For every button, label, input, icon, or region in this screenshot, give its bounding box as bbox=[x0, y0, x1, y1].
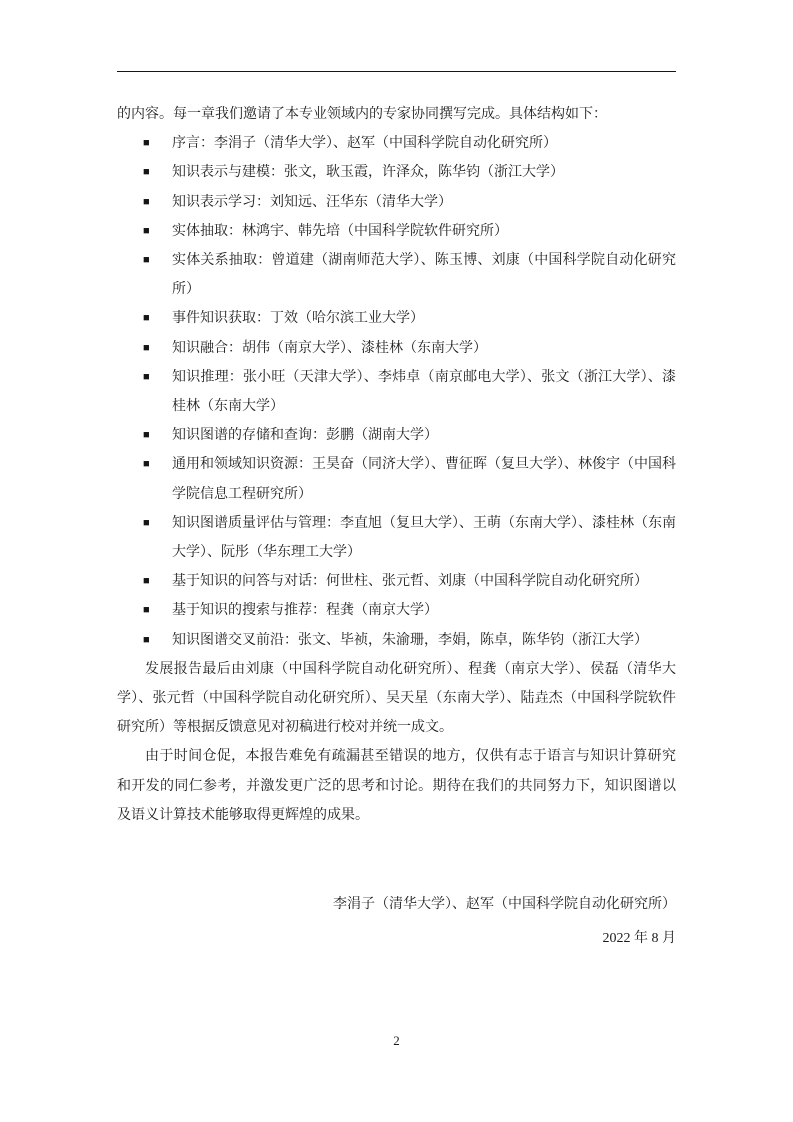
list-item-text: 实体抽取：林鸿宇、韩先培（中国科学院软件研究所） bbox=[172, 224, 508, 239]
bullet-square-icon: ■ bbox=[143, 304, 150, 333]
bullet-square-icon: ■ bbox=[143, 567, 150, 596]
list-item: ■知识图谱质量评估与管理：李直旭（复旦大学）、王萌（东南大学）、漆桂林（东南大学… bbox=[117, 509, 676, 567]
header-rule bbox=[117, 71, 676, 72]
closing-paragraph-proofread: 发展报告最后由刘康（中国科学院自动化研究所）、程龚（南京大学）、侯磊（清华大学）… bbox=[117, 655, 676, 743]
intro-paragraph: 的内容。每一章我们邀请了本专业领域内的专家协同撰写完成。具体结构如下： bbox=[117, 100, 676, 129]
list-item: ■知识表示与建模：张文，耿玉霞，许泽众，陈华钧（浙江大学） bbox=[117, 158, 676, 187]
closing-paragraph-outlook: 由于时间仓促，本报告难免有疏漏甚至错误的地方，仅供有志于语言与知识计算研究和开发… bbox=[117, 742, 676, 830]
list-item-text: 知识图谱质量评估与管理：李直旭（复旦大学）、王萌（东南大学）、漆桂林（东南大学）… bbox=[172, 516, 676, 560]
bullet-square-icon: ■ bbox=[143, 158, 150, 187]
list-item-text: 知识图谱交叉前沿：张文、毕祯，朱渝珊，李娟，陈卓，陈华钧（浙江大学） bbox=[172, 633, 648, 648]
bullet-square-icon: ■ bbox=[143, 596, 150, 625]
list-item-text: 基于知识的问答与对话：何世柱、张元哲、刘康（中国科学院自动化研究所） bbox=[172, 574, 648, 589]
signature-authors: 李涓子（清华大学）、赵军（中国科学院自动化研究所） bbox=[117, 888, 676, 922]
bullet-square-icon: ■ bbox=[143, 450, 150, 479]
signature-block: 李涓子（清华大学）、赵军（中国科学院自动化研究所） 2022 年 8 月 bbox=[117, 888, 676, 956]
list-item: ■知识融合：胡伟（南京大学）、漆桂林（东南大学） bbox=[117, 334, 676, 363]
list-item: ■事件知识获取：丁效（哈尔滨工业大学） bbox=[117, 304, 676, 333]
list-item-text: 事件知识获取：丁效（哈尔滨工业大学） bbox=[172, 311, 424, 326]
list-item-text: 基于知识的搜索与推荐：程龚（南京大学） bbox=[172, 603, 438, 618]
chapter-author-list: ■序言：李涓子（清华大学）、赵军（中国科学院自动化研究所） ■知识表示与建模：张… bbox=[117, 129, 676, 655]
list-item-text: 知识推理：张小旺（天津大学）、李炜卓（南京邮电大学）、张文（浙江大学）、漆桂林（… bbox=[172, 370, 676, 414]
list-item-text: 知识表示与建模：张文，耿玉霞，许泽众，陈华钧（浙江大学） bbox=[172, 165, 564, 180]
list-item-text: 通用和领域知识资源：王昊奋（同济大学）、曹征晖（复旦大学）、林俊宇（中国科学院信… bbox=[172, 457, 676, 501]
list-item-text: 知识表示学习：刘知远、汪华东（清华大学） bbox=[172, 195, 452, 210]
bullet-square-icon: ■ bbox=[143, 246, 150, 275]
list-item: ■实体抽取：林鸿宇、韩先培（中国科学院软件研究所） bbox=[117, 217, 676, 246]
list-item: ■知识图谱交叉前沿：张文、毕祯，朱渝珊，李娟，陈卓，陈华钧（浙江大学） bbox=[117, 626, 676, 655]
bullet-square-icon: ■ bbox=[143, 626, 150, 655]
list-item-text: 知识图谱的存储和查询：彭鹏（湖南大学） bbox=[172, 428, 438, 443]
document-page: 的内容。每一章我们邀请了本专业领域内的专家协同撰写完成。具体结构如下： ■序言：… bbox=[0, 0, 793, 1122]
bullet-square-icon: ■ bbox=[143, 509, 150, 538]
signature-date: 2022 年 8 月 bbox=[117, 922, 676, 956]
list-item: ■实体关系抽取：曾道建（湖南师范大学）、陈玉博、刘康（中国科学院自动化研究所） bbox=[117, 246, 676, 304]
list-item: ■序言：李涓子（清华大学）、赵军（中国科学院自动化研究所） bbox=[117, 129, 676, 158]
list-item: ■知识图谱的存储和查询：彭鹏（湖南大学） bbox=[117, 421, 676, 450]
list-item: ■知识推理：张小旺（天津大学）、李炜卓（南京邮电大学）、张文（浙江大学）、漆桂林… bbox=[117, 363, 676, 421]
bullet-square-icon: ■ bbox=[143, 421, 150, 450]
list-item: ■基于知识的搜索与推荐：程龚（南京大学） bbox=[117, 596, 676, 625]
bullet-square-icon: ■ bbox=[143, 334, 150, 363]
page-number: 2 bbox=[0, 1031, 793, 1051]
list-item-text: 序言：李涓子（清华大学）、赵军（中国科学院自动化研究所） bbox=[172, 136, 557, 151]
bullet-square-icon: ■ bbox=[143, 363, 150, 392]
list-item: ■通用和领域知识资源：王昊奋（同济大学）、曹征晖（复旦大学）、林俊宇（中国科学院… bbox=[117, 450, 676, 508]
page-content: 的内容。每一章我们邀请了本专业领域内的专家协同撰写完成。具体结构如下： ■序言：… bbox=[117, 100, 676, 956]
list-item: ■知识表示学习：刘知远、汪华东（清华大学） bbox=[117, 188, 676, 217]
bullet-square-icon: ■ bbox=[143, 129, 150, 158]
bullet-square-icon: ■ bbox=[143, 188, 150, 217]
list-item: ■基于知识的问答与对话：何世柱、张元哲、刘康（中国科学院自动化研究所） bbox=[117, 567, 676, 596]
list-item-text: 知识融合：胡伟（南京大学）、漆桂林（东南大学） bbox=[172, 341, 487, 356]
list-item-text: 实体关系抽取：曾道建（湖南师范大学）、陈玉博、刘康（中国科学院自动化研究所） bbox=[172, 253, 676, 297]
bullet-square-icon: ■ bbox=[143, 217, 150, 246]
